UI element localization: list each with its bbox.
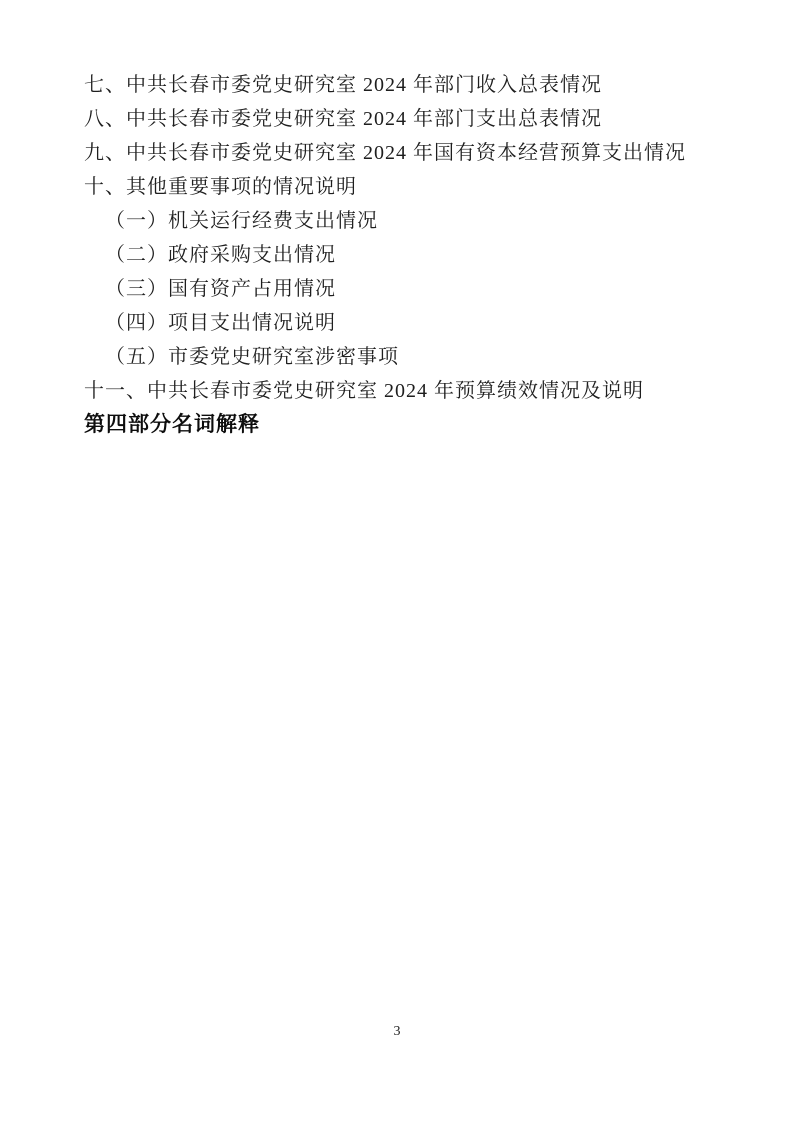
toc-line: 九、中共长春市委党史研究室 2024 年国有资本经营预算支出情况	[84, 136, 744, 170]
toc-line: 十、其他重要事项的情况说明	[84, 170, 744, 204]
toc-line: （五）市委党史研究室涉密事项	[84, 340, 744, 374]
toc-line: 七、中共长春市委党史研究室 2024 年部门收入总表情况	[84, 68, 744, 102]
document-page: 七、中共长春市委党史研究室 2024 年部门收入总表情况八、中共长春市委党史研究…	[0, 0, 794, 1123]
section-heading: 第四部分名词解释	[84, 408, 744, 442]
toc-line: （二）政府采购支出情况	[84, 238, 744, 272]
toc-line: 十一、中共长春市委党史研究室 2024 年预算绩效情况及说明	[84, 374, 744, 408]
toc-line: （三）国有资产占用情况	[84, 272, 744, 306]
toc-line: 八、中共长春市委党史研究室 2024 年部门支出总表情况	[84, 102, 744, 136]
toc-list: 七、中共长春市委党史研究室 2024 年部门收入总表情况八、中共长春市委党史研究…	[84, 68, 744, 442]
toc-line: （四）项目支出情况说明	[84, 306, 744, 340]
page-number: 3	[0, 1024, 794, 1040]
toc-line: （一）机关运行经费支出情况	[84, 204, 744, 238]
